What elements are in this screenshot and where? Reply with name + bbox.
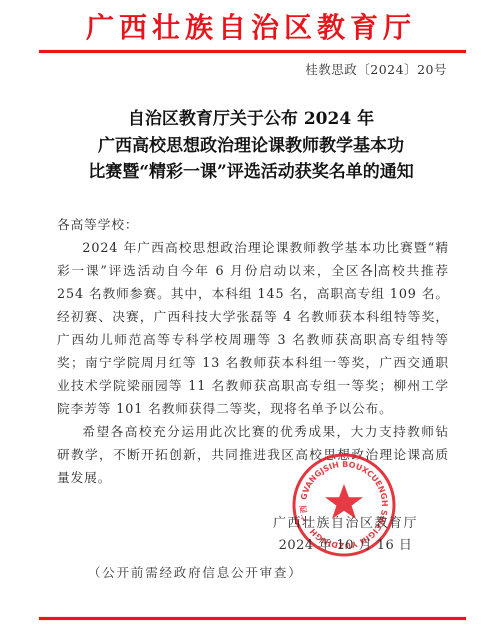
issuer-title: 广西壮族自治区教育厅 [86, 10, 416, 46]
signature-org: 广西壮族自治区教育厅 [273, 513, 418, 535]
title-line-3: 比赛暨“精彩一课”评选活动获奖名单的通知 [50, 159, 452, 186]
paragraph1-text-b: 高校共推荐 254 名教师参赛。其中，本科组 145 名，高职高专组 109 名… [57, 263, 449, 416]
signature-block: 广西壮族自治区教育厅 2024 年 10 月 16 日 [273, 513, 418, 557]
document-body[interactable]: 各高等学校： 2024 年广西高校思想政治理论课教师教学基本功比赛暨“精彩一课”… [57, 213, 449, 489]
bottom-red-rule [39, 617, 466, 620]
document-title: 自治区教育厅关于公布 2024 年 广西高校思想政治理论课教师教学基本功 比赛暨… [50, 106, 452, 186]
review-note: （公开前需经政府信息公开审查） [88, 563, 303, 581]
title-line-1: 自治区教育厅关于公布 2024 年 [50, 106, 452, 133]
title-line-2: 广西高校思想政治理论课教师教学基本功 [50, 133, 452, 160]
document-number: 桂教思政〔2024〕20号 [305, 60, 447, 78]
paragraph-award-summary[interactable]: 2024 年广西高校思想政治理论课教师教学基本功比赛暨“精彩一课”评选活动自今年… [57, 236, 449, 420]
top-red-rule [39, 50, 466, 53]
signature-date: 2024 年 10 月 16 日 [273, 535, 418, 557]
salutation: 各高等学校： [57, 213, 449, 236]
